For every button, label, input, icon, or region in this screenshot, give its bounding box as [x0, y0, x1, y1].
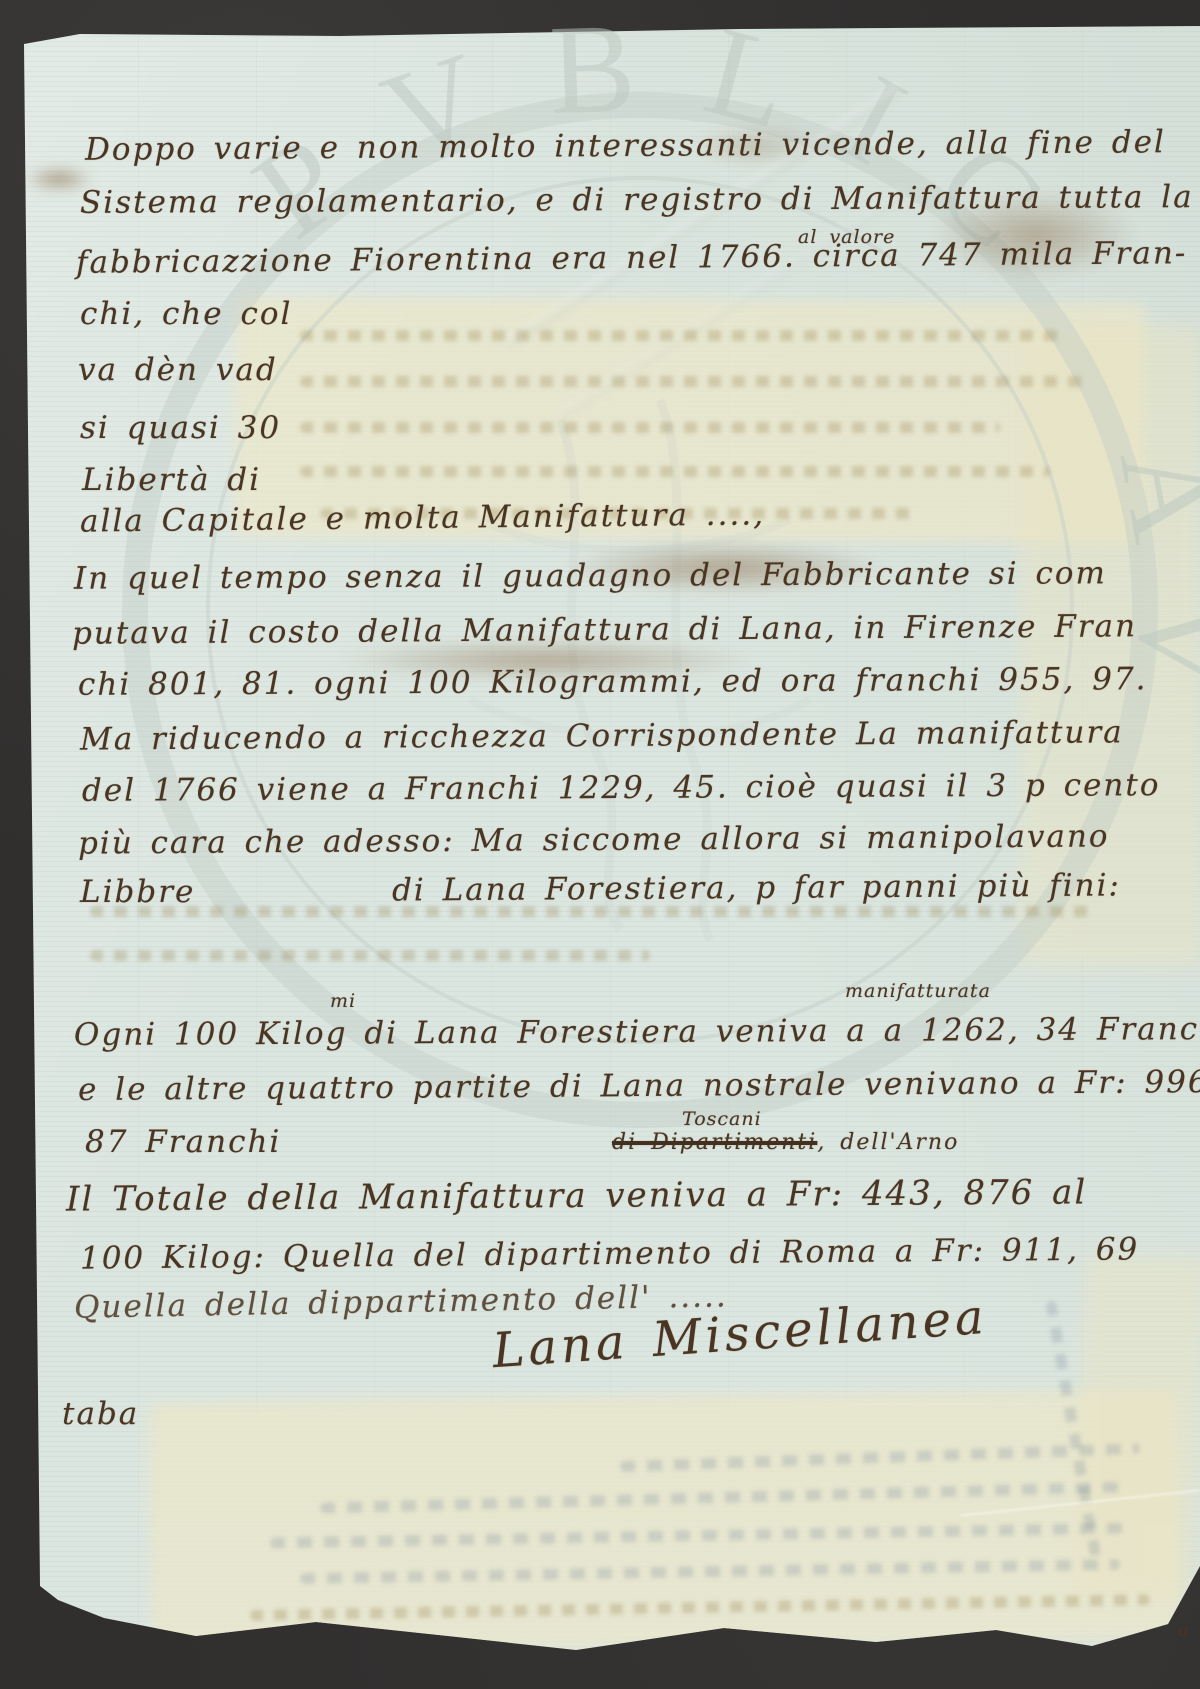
manuscript-line: va dèn vad: [78, 352, 278, 388]
manuscript-line: Ma riducendo a ricchezza Corrispondente …: [80, 714, 1124, 757]
manuscript-line: In quel tempo senza il guadagno del Fabb…: [74, 555, 1107, 596]
manuscript-scan: { "page": { "background_color": "#2f2d2c…: [0, 0, 1200, 1689]
manuscript-line: di Lana Forestiera, p far panni più fini…: [392, 867, 1121, 908]
manuscript-line: putava il costo della Manifattura di Lan…: [72, 608, 1137, 651]
manuscript-line: 87 Franchi: [85, 1124, 281, 1160]
manuscript-line: più cara che adesso: Ma siccome allora s…: [78, 818, 1110, 861]
margin-word: taba: [62, 1396, 139, 1432]
manuscript-line: chi, che col: [80, 296, 292, 332]
interline-insertion: Toscani di Dipartimenti, dell'Arno: [612, 1108, 959, 1155]
manuscript-line: Ogni 100 Kilog di Lana Forestiera veniva…: [74, 1011, 1200, 1053]
insertion-above: Toscani: [682, 1108, 959, 1130]
interline-note: mi: [330, 990, 356, 1012]
insertion-struck: di Dipartimenti: [612, 1130, 817, 1155]
manuscript-line: alla Capitale e molta Manifattura ....,: [80, 496, 765, 539]
manuscript-line: si quasi 30: [80, 410, 281, 446]
manuscript-line: Il Totale della Manifattura veniva a Fr:…: [66, 1172, 1088, 1219]
manuscript-line: Doppo varie e non molto interessanti vic…: [85, 124, 1166, 168]
insertion-after: , dell'Arno: [817, 1130, 959, 1155]
manuscript-line: Sistema regolamentario, e di registro di…: [80, 179, 1194, 221]
manuscript-line: chi 801, 81. ogni 100 Kilogrammi, ed ora…: [78, 661, 1148, 703]
manuscript-line: Libertà di: [82, 462, 261, 498]
manuscript-line: Libbre: [80, 874, 195, 910]
interline-note: manifatturata: [845, 980, 991, 1002]
manuscript-line: del 1766 viene a Franchi 1229, 45. cioè …: [82, 767, 1161, 809]
corner-mark: a: [1178, 1620, 1191, 1641]
